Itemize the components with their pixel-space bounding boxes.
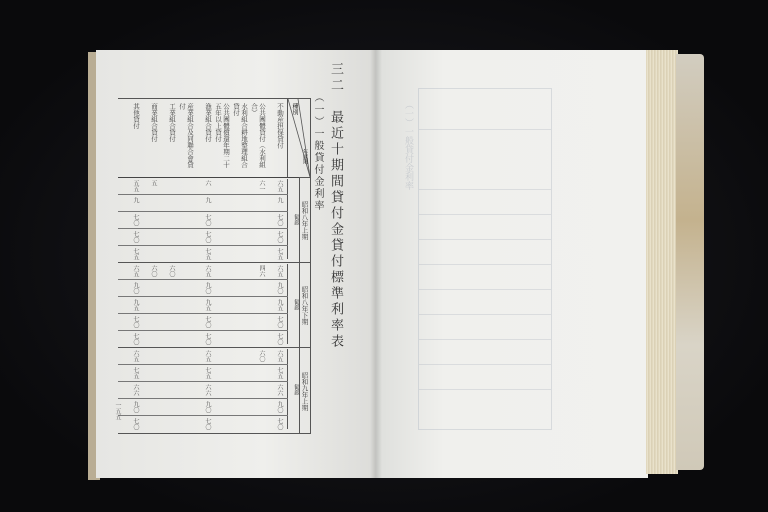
column-header: 工業組合貸付 [168,103,176,173]
column-header: 水利組合耕地整理組合貸付 [232,103,248,173]
table-corner-cell: 種別 年度期 [287,99,310,177]
rate-cell: 九五 [276,299,282,311]
rate-cell: 六六 [132,384,138,396]
column-header: 公共團體貸付（水利組合） [250,103,266,173]
rate-cell: 六五 [276,180,282,192]
rate-cell: 七〇 [132,418,138,430]
table-header-row: 不動産担保貸付 公共團體貸付（水利組合） 水利組合耕地整理組合貸付 公共團體償還… [118,99,310,178]
rate-cell: 六〇 [150,265,156,277]
row-divider [118,194,288,195]
row-divider [118,330,288,331]
rate-cell: 七五 [276,248,282,260]
row-divider [118,211,288,212]
rate-cell: 七〇 [204,231,210,243]
rate-cell: 七〇 [276,333,282,345]
rate-cell: 七五 [204,248,210,260]
bank-labels: 勧銀 [287,264,300,344]
rate-cell: 七〇 [204,214,210,226]
rate-cell: 七〇 [204,418,210,430]
page-block-edges [646,50,678,474]
bank-labels: 勧銀 [287,349,300,429]
period-label: 昭和八年下期 [299,262,310,348]
rate-cell: 九五 [204,299,210,311]
rate-cell: 七〇 [204,333,210,345]
rate-cell: 六六 [276,384,282,396]
rate-cell: 九〇 [132,282,138,294]
rate-cell: 七五 [204,367,210,379]
rate-cell: 六五 [276,350,282,362]
row-divider [118,415,288,416]
rate-cell: 六五 [132,350,138,362]
rate-cell: 六六 [204,384,210,396]
rate-cell: 七〇 [132,333,138,345]
period-divider [118,262,310,263]
rate-cell: 七〇 [276,316,282,328]
show-through-line [419,189,551,190]
show-through-line [419,364,551,365]
rate-cell: 九 [204,197,210,203]
rate-cell: 四六 [258,265,264,277]
show-through-table [418,88,552,430]
row-divider [118,279,288,280]
rate-cell: 七五 [132,248,138,260]
rate-cell: 九五 [132,299,138,311]
rate-cell: 七〇 [132,316,138,328]
row-divider [118,398,288,399]
rate-cell: 六〇 [258,350,264,362]
row-divider [118,296,288,297]
rate-cell: 七〇 [132,214,138,226]
column-header: 不動産担保貸付 [276,103,284,173]
bank-labels: 勧銀 [287,179,300,259]
rate-cell: 七〇 [204,316,210,328]
rate-cell: 五 [150,180,156,186]
rate-cell: 九 [132,197,138,203]
rate-cell: 六一 [258,180,264,192]
row-divider [118,381,288,382]
row-divider [118,228,288,229]
show-through-line [419,264,551,265]
rate-cell: 五五 [132,180,138,192]
show-through-line [419,214,551,215]
rate-cell: 六〇 [168,265,174,277]
rate-cell: 七五 [132,367,138,379]
show-through-line [419,289,551,290]
column-header: 産業組合及同聯合會貸付 [178,103,194,173]
show-through-line [419,314,551,315]
row-divider [118,313,288,314]
rate-cell: 七〇 [276,418,282,430]
show-through-title: （一）一般貸付金利率 [402,100,415,300]
show-through-line [419,339,551,340]
rate-cell: 七〇 [276,214,282,226]
row-divider [118,245,288,246]
period-divider [118,347,310,348]
table-title: 三二 最近十期間貸付金貸付標準利率表 [326,62,345,350]
column-header: 商業組合貸付 [150,103,158,173]
corner-label-bottom: 年度期 [302,149,309,164]
show-through-line [419,129,551,130]
rate-cell: 九〇 [276,401,282,413]
show-through-line [419,239,551,240]
table-subtitle: （一）一般貸付金利率 [310,92,325,212]
rate-cell: 九〇 [204,401,210,413]
rate-cell: 六五 [204,265,210,277]
rate-cell: 七五 [276,367,282,379]
rate-cell: 六五 [276,265,282,277]
rate-cell: 九〇 [132,401,138,413]
rate-cell: 六 [204,180,210,186]
book-cover-right-edge [676,54,704,470]
column-header: 漁業組合貸付 [204,103,212,173]
rate-cell: 九〇 [204,282,210,294]
column-header: 其他貸付 [132,103,140,173]
show-through-line [419,389,551,390]
interest-rate-table: 不動産担保貸付 公共團體貸付（水利組合） 水利組合耕地整理組合貸付 公共團體償還… [118,98,311,434]
period-label: 昭和九年上期 [299,347,310,434]
rate-cell: 六五 [204,350,210,362]
rate-cell: 六五 [132,265,138,277]
rate-cell: 七〇 [132,231,138,243]
rate-cell: 七〇 [276,231,282,243]
rate-cell: 九 [276,197,282,203]
column-header: 公共團體償還年期二十五年以上貸付 [214,103,230,173]
corner-label-top: 種別 [290,103,299,115]
period-label: 昭和八年上期 [299,177,310,263]
rate-cell: 九〇 [276,282,282,294]
row-divider [118,364,288,365]
book-gutter [370,50,382,478]
